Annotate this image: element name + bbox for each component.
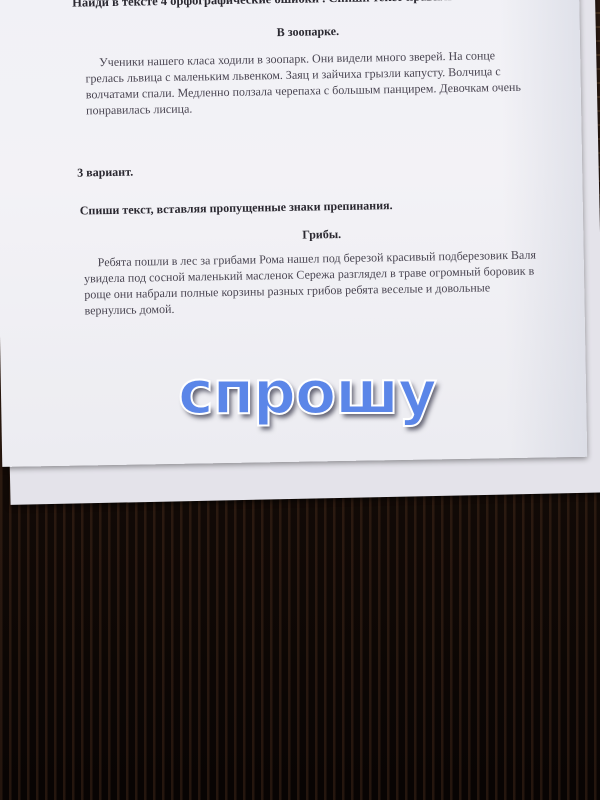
- task2-title: Грибы.: [302, 226, 341, 243]
- task1-paragraph: Ученики нашего класа ходили в зоопарк. О…: [85, 47, 526, 119]
- task2-paragraph: Ребята пошли в лес за грибами Рома нашел…: [84, 247, 540, 319]
- task1-instruction: Найди в тексте 4 орфографические ошибки …: [72, 0, 471, 11]
- watermark-text: спрошу: [178, 358, 436, 428]
- variant-label: 3 вариант.: [77, 164, 133, 181]
- task2-instruction: Спиши текст, вставляя пропущенные знаки …: [80, 197, 393, 218]
- task1-title: В зоопарке.: [277, 23, 340, 40]
